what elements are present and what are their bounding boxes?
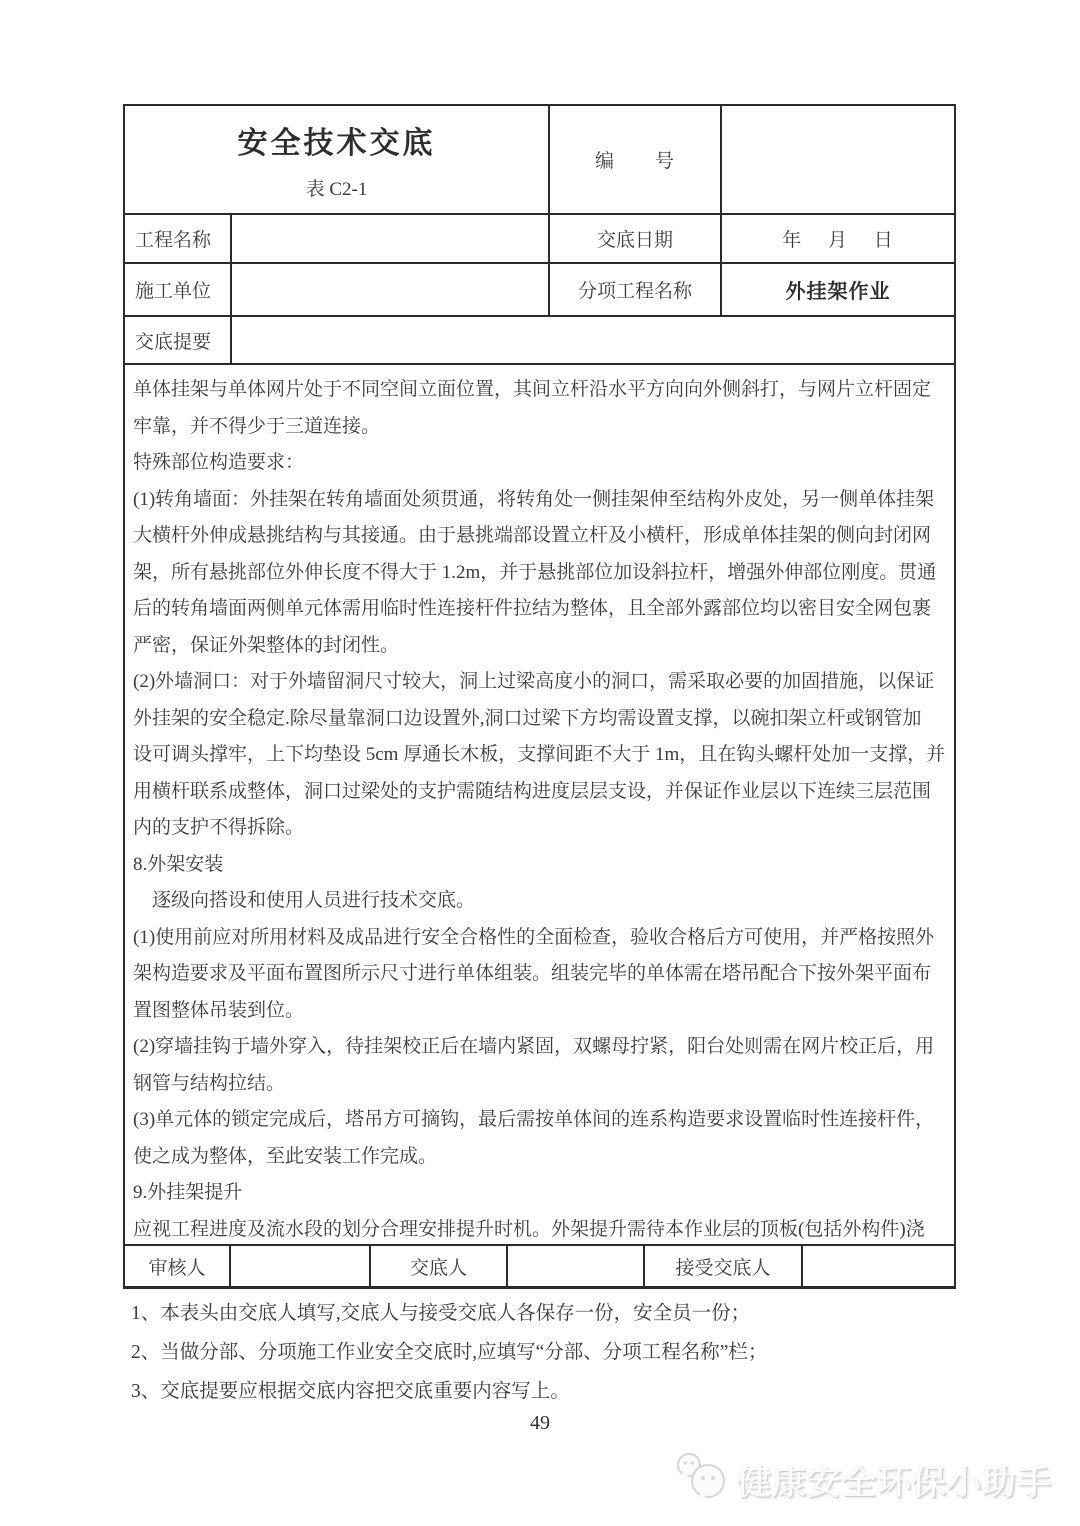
body-line: 9.外挂架提升 <box>133 1175 950 1212</box>
document-page: 安全技术交底 表 C2-1 编 号 工程名称 交底日期 年 月 日 施工单位 分… <box>0 0 1080 1526</box>
header-row-unit: 施工单位 分项工程名称 外挂架作业 <box>125 264 954 317</box>
signature-row: 审核人 交底人 接受交底人 <box>125 1246 954 1286</box>
footer-notes: 1、本表头由交底人填写,交底人与接受交底人各保存一份，安全员一份； 2、当做分部… <box>131 1294 961 1411</box>
summary-label: 交底提要 <box>125 317 232 363</box>
page-title: 安全技术交底 <box>238 118 436 162</box>
note-line: 1、本表头由交底人填写,交底人与接受交底人各保存一份，安全员一份； <box>131 1294 961 1333</box>
reviewer-label: 审核人 <box>125 1246 231 1286</box>
summary-value-cell <box>232 317 954 363</box>
body-line: 应视工程进度及流水段的划分合理安排提升时机。外架提升需待本作业层的顶板(包括外构… <box>133 1212 950 1245</box>
body-line: 特殊部位构造要求： <box>133 445 950 482</box>
body-line: 架，所有悬挑部位外伸长度不得大于 1.2m，并于悬挑部位加设斜拉杆，增强外伸部位… <box>133 555 950 592</box>
project-name-value-cell <box>232 215 550 262</box>
body-line: 用横杆联系成整体，洞口过梁处的支护需随结构进度层层支设，并保证作业层以下连续三层… <box>133 774 950 811</box>
construction-unit-value-cell <box>232 264 550 315</box>
body-line: 设可调头撑牢，上下均垫设 5cm 厚通长木板，支撑间距不大于 1m，且在钩头螺杆… <box>133 737 950 774</box>
body-line: 后的转角墙面两侧单元体需用临时性连接杆件拉结为整体，且全部外露部位均以密目安全网… <box>133 591 950 628</box>
body-line: (1)使用前应对所用材料及成品进行安全合格性的全面检查，验收合格后方可使用，并严… <box>133 920 950 957</box>
receiver-value-cell <box>803 1246 954 1286</box>
body-line: 架构造要求及平面布置图所示尺寸进行单体组装。组装完毕的单体需在塔吊配合下按外架平… <box>133 956 950 993</box>
body-line: 使之成为整体，至此安装工作完成。 <box>133 1139 950 1176</box>
body-line: (1)转角墙面：外挂架在转角墙面处须贯通，将转角处一侧挂架伸至结构外皮处，另一侧… <box>133 482 950 519</box>
body-line: 内的支护不得拆除。 <box>133 810 950 847</box>
body-line: 钢管与结构拉结。 <box>133 1066 950 1103</box>
disclosure-date-value: 年 月 日 <box>722 215 954 262</box>
receiver-label: 接受交底人 <box>645 1246 803 1286</box>
discloser-label: 交底人 <box>371 1246 508 1286</box>
reviewer-value-cell <box>231 1246 371 1286</box>
number-label: 编 号 <box>550 106 722 213</box>
body-line: 严密，保证外架整体的封闭性。 <box>133 628 950 665</box>
body-line: 8.外架安装 <box>133 847 950 884</box>
number-value-cell <box>722 106 954 213</box>
header-row-summary: 交底提要 <box>125 317 954 365</box>
title-cell: 安全技术交底 表 C2-1 <box>125 106 550 213</box>
header-row-title: 安全技术交底 表 C2-1 编 号 <box>125 106 954 215</box>
body-line: 单体挂架与单体网片处于不同空间立面位置，其间立杆沿水平方向向外侧斜打，与网片立杆… <box>133 372 950 409</box>
body-line: (2)外墙洞口：对于外墙留洞尺寸较大，洞上过梁高度小的洞口，需采取必要的加固措施… <box>133 664 950 701</box>
watermark: 健康安全环保小助手 <box>673 1450 1052 1509</box>
project-name-label: 工程名称 <box>125 215 232 262</box>
disclosure-form-table: 安全技术交底 表 C2-1 编 号 工程名称 交底日期 年 月 日 施工单位 分… <box>123 104 956 1289</box>
page-number: 49 <box>0 1412 1080 1435</box>
construction-unit-label: 施工单位 <box>125 264 232 315</box>
body-line: 大横杆外伸成悬挑结构与其接通。由于悬挑端部设置立杆及小横杆，形成单体挂架的侧向封… <box>133 518 950 555</box>
subproject-label: 分项工程名称 <box>550 264 722 315</box>
form-code: 表 C2-1 <box>306 174 368 201</box>
wechat-icon <box>673 1450 731 1509</box>
watermark-text: 健康安全环保小助手 <box>737 1455 1052 1504</box>
body-line: (3)单元体的锁定完成后，塔吊方可摘钩，最后需按单体间的连系构造要求设置临时性连… <box>133 1102 950 1139</box>
disclosure-body: 单体挂架与单体网片处于不同空间立面位置，其间立杆沿水平方向向外侧斜打，与网片立杆… <box>125 365 954 1244</box>
body-line: 置图整体吊装到位。 <box>133 993 950 1030</box>
discloser-value-cell <box>508 1246 645 1286</box>
body-line: (2)穿墙挂钩于墙外穿入，待挂架校正后在墙内紧固，双螺母拧紧，阳台处则需在网片校… <box>133 1029 950 1066</box>
header-row-project: 工程名称 交底日期 年 月 日 <box>125 215 954 264</box>
body-line: 逐级向搭设和使用人员进行技术交底。 <box>133 883 950 920</box>
disclosure-date-label: 交底日期 <box>550 215 722 262</box>
note-line: 2、当做分部、分项施工作业安全交底时,应填写“分部、分项工程名称”栏； <box>131 1333 961 1372</box>
body-line: 外挂架的安全稳定.除尽量靠洞口边设置外,洞口过梁下方均需设置支撑，以碗扣架立杆或… <box>133 701 950 738</box>
body-row: 单体挂架与单体网片处于不同空间立面位置，其间立杆沿水平方向向外侧斜打，与网片立杆… <box>125 365 954 1246</box>
note-line: 3、交底提要应根据交底内容把交底重要内容写上。 <box>131 1372 961 1411</box>
body-line: 牢靠，并不得少于三道连接。 <box>133 409 950 446</box>
subproject-value: 外挂架作业 <box>722 264 954 315</box>
